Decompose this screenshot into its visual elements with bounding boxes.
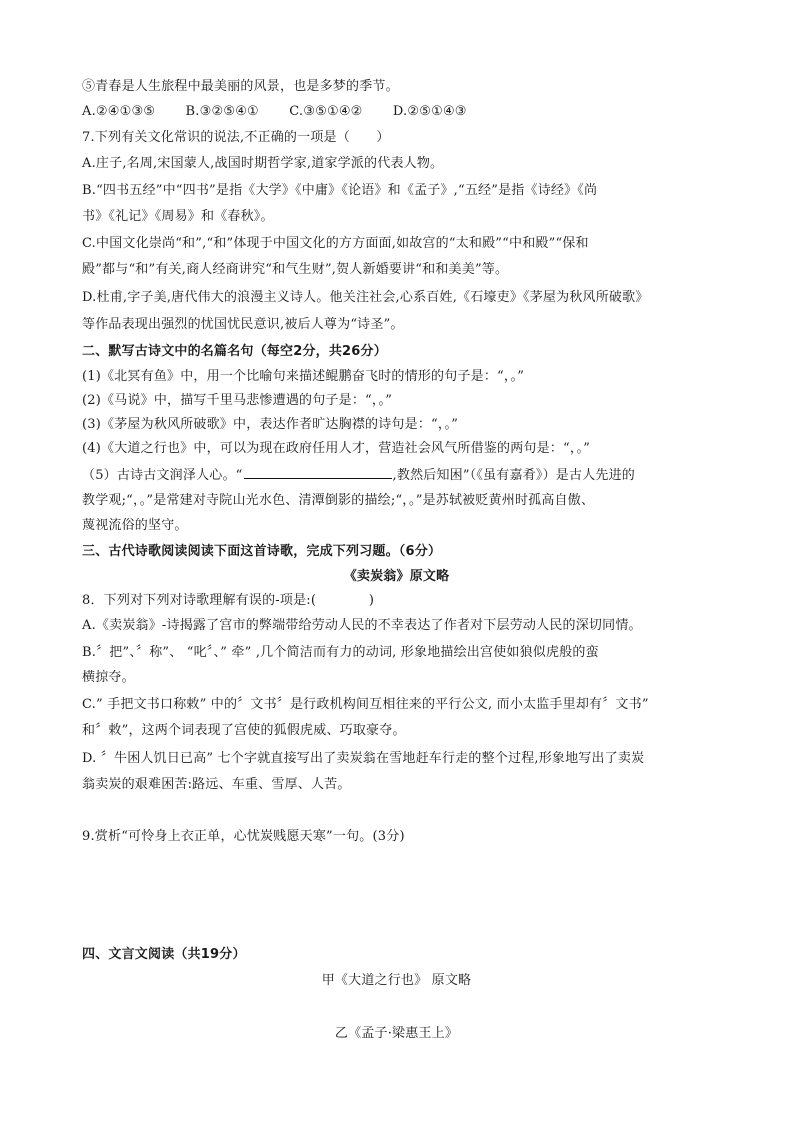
q7-stem: 7.下列有关文化常识的说法,不正确的一项是（ ） [82,130,712,146]
q8-option-c-line2: 和〞敕”，这两个词表现了宫使的狐假虎威、巧取豪夺。 [82,723,712,739]
text-b-title: 乙《孟子·梁惠王上》 [0,1026,793,1042]
q7-option-b-line2: 书》《礼记》《周易》和《春秋》。 [82,209,712,225]
section-2-item-5-line2: 教学观;“，。”是常建对寺院山光水色、清潭倒影的描绘;“，。”是苏轼被贬黄州时孤… [82,493,712,509]
q7-option-c-line1: C.中国文化崇尚“和”,“和”体现于中国文化的方方面面,如故宫的“太和殿”“中和… [82,236,712,252]
q6-options: A.②④①③⑤ B.③②⑤④① C.③⑤①④② D.②⑤①④③ [82,104,712,120]
q7-option-b-line1: B.“四书五经”中“四书”是指《大学》《中庸》《论语》和《孟子》,“五经”是指《… [82,183,712,199]
section-4-heading: 四、文言文阅读（共19分） [82,947,712,963]
exam-page: ⑤青春是人生旅程中最美丽的风景，也是多梦的季节。 A.②④①③⑤ B.③②⑤④①… [0,0,793,1122]
q8-option-b-line1: B.〞把”、〞称”、 “叱〞、” 牵” ,几个简洁而有力的动词, 形象地描绘出宫… [82,645,712,661]
q7-option-c-line2: 殿”都与“和”有关,商人经商讲究“和气生财”,贺人新婚要讲“和和美美”等。 [82,262,712,278]
q9-stem: 9.赏析“可怜身上衣正单，心忧炭贱愿天寒”一句。(3分) [82,829,712,845]
section-2-item-1: (1)《北冥有鱼》中，用一个比喻句来描述鲲鹏奋飞时的情形的句子是：“，。” [82,369,712,385]
q6-option-b: B.③②⑤④① [186,104,259,119]
item-5-prefix: （5）古诗古文润泽人心。“ [82,468,243,483]
item-5-suffix: ,教然后知困”（《虽有嘉肴》）是古人先进的 [393,468,635,483]
section-3-heading: 三、古代诗歌阅读阅读下面这首诗歌，完成下列习题。（6分） [82,544,712,560]
q8-option-d-line1: D. 〞牛困人饥日已高” 七个字就直接写出了卖炭翁在雪地赶车行走的整个过程,形象… [82,751,712,767]
q7-option-d-line1: D.杜甫,字子美,唐代伟大的浪漫主义诗人。他关注社会,心系百姓,《石壕吏》《茅屋… [82,290,712,306]
q7-option-d-line2: 等作品表现出强烈的忧国忧民意识,被后人尊为“诗圣”。 [82,317,712,333]
section-2-heading: 二、默写古诗文中的名篇名句（每空2分，共26分） [82,344,712,360]
section-2-item-2: (2)《马说》中，描写千里马悲惨遭遇的句子是：“，。” [82,393,712,409]
q6-option-d: D.②⑤①④③ [393,104,467,119]
q8-option-d-line2: 翁卖炭的艰难困苦:路远、车重、雪厚、人苦。 [82,777,712,793]
text-a-title: 甲《大道之行也》 原文略 [0,973,793,989]
section-2-item-5-line3: 蔑视流俗的坚守。 [82,518,712,534]
q6-item-5: ⑤青春是人生旅程中最美丽的风景，也是多梦的季节。 [82,79,712,95]
q8-option-a: A.《卖炭翁》-诗揭露了宫市的弊端带给劳动人民的不幸表达了作者对下层劳动人民的深… [82,618,712,634]
section-2-item-5-line1: （5）古诗古文润泽人心。“,教然后知困”（《虽有嘉肴》）是古人先进的 [82,466,712,484]
fill-in-blank[interactable] [244,466,392,479]
section-2-item-3: (3)《茅屋为秋风所破歌》中，表达作者旷达胸襟的诗句是：“，。” [82,417,712,433]
q6-option-c: C.③⑤①④② [289,104,362,119]
q8-option-c-line1: C.” 手把文书口称敕” 中的〞文书〞是行政机构间互相往来的平行公文, 而小太监… [82,697,712,713]
q6-option-a: A.②④①③⑤ [82,104,155,119]
q8-option-b-line2: 横掠夺。 [82,670,712,686]
poem-title: 《卖炭翁》原文略 [0,569,793,585]
q8-stem: 8．下列对下列对诗歌理解有误的-项是:( ) [82,593,712,609]
section-2-item-4: (4)《大道之行也》中，可以为现在政府任用人才，营造社会风气所借鉴的两句是：“，… [82,441,712,457]
q7-option-a: A.庄子,名周,宋国蒙人,战国时期哲学家,道家学派的代表人物。 [82,156,712,172]
